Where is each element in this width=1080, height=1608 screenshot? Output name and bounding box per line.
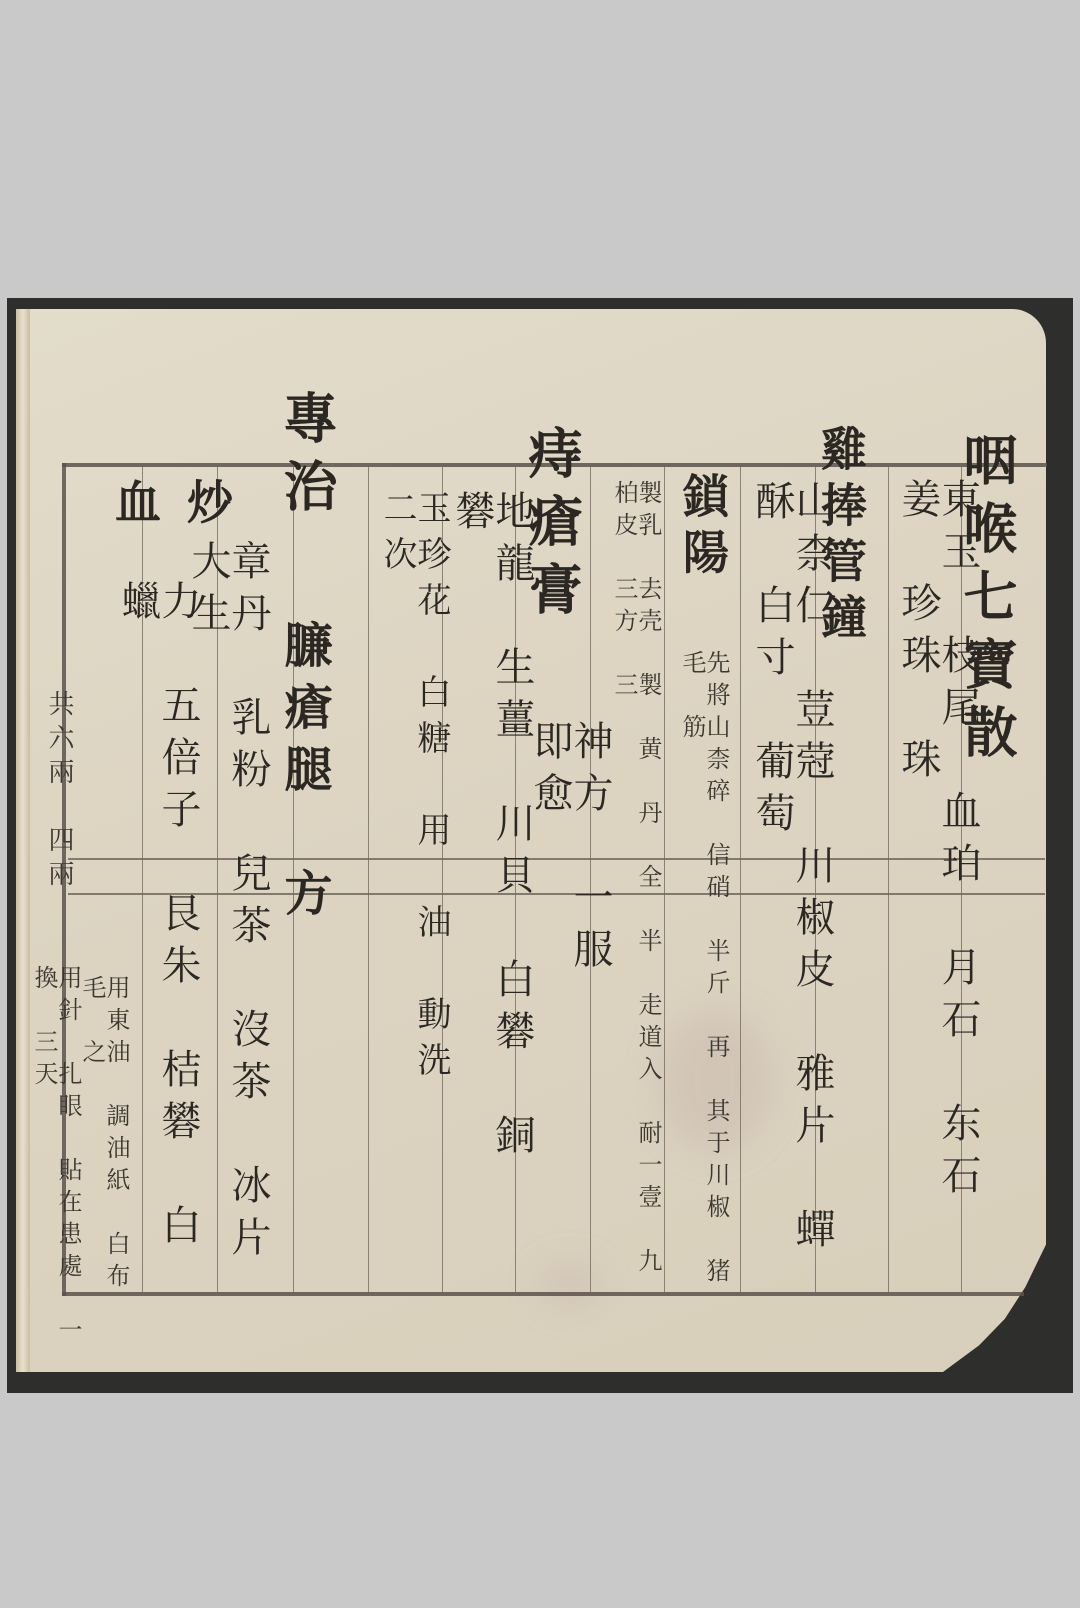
preparation-notes-col3: 先將山柰碎 信硝 半斤 再 其于川椒 猪毛 筋 <box>680 650 728 1300</box>
column-rule <box>740 465 741 1295</box>
formula-ingredients-col6: 地龍 生薑 川貝 白礬 銅礬 <box>452 490 532 1190</box>
formula-heading-col10: 血 <box>112 478 158 534</box>
margin-total-note: 共六兩 四兩 <box>46 690 72 950</box>
usage-instructions-col12: 用針 扎眼 貼在患處 一換 三天 <box>32 965 80 1365</box>
usage-instructions-col11: 用東油 調油紙 白布毛 之 <box>80 975 128 1305</box>
formula-subtitle-leg-ulcer: 臁瘡腿 方 <box>280 620 328 930</box>
formula-description-col5: 神方 一服 即愈 <box>530 720 610 1020</box>
formula-ingredients-col1: 東玉 枝尾 血珀 月石 东石 姜 珍珠 珠 <box>898 478 978 1308</box>
formula-ingredients-col7: 玉珍花 白糖 用 油 動洗 二次 <box>380 490 448 1090</box>
column-rule <box>888 465 889 1295</box>
formula-ingredients-col2: 山柰仁 荳蒄 川椒皮 雅片 蟬酥 白寸 葡萄 <box>752 480 832 1300</box>
paper-stain <box>540 1265 600 1305</box>
formula-title-col3: 鎖陽 <box>680 472 726 584</box>
formula-title-leg-ulcer: 專治 <box>280 390 334 526</box>
formula-heading-col9: 炒 <box>184 478 230 534</box>
column-rule <box>664 465 665 1295</box>
preparation-notes-col4: 製乳 去壳 製 黄 丹 全 半 走道入 耐一壹 九 柏皮 三方 三 <box>612 480 660 1300</box>
formula-ingredients-col10: 力 五倍子 艮朱 桔礬 白蠟 <box>118 580 198 1300</box>
column-rule <box>368 465 369 1295</box>
page-binding-fold <box>16 309 30 1372</box>
